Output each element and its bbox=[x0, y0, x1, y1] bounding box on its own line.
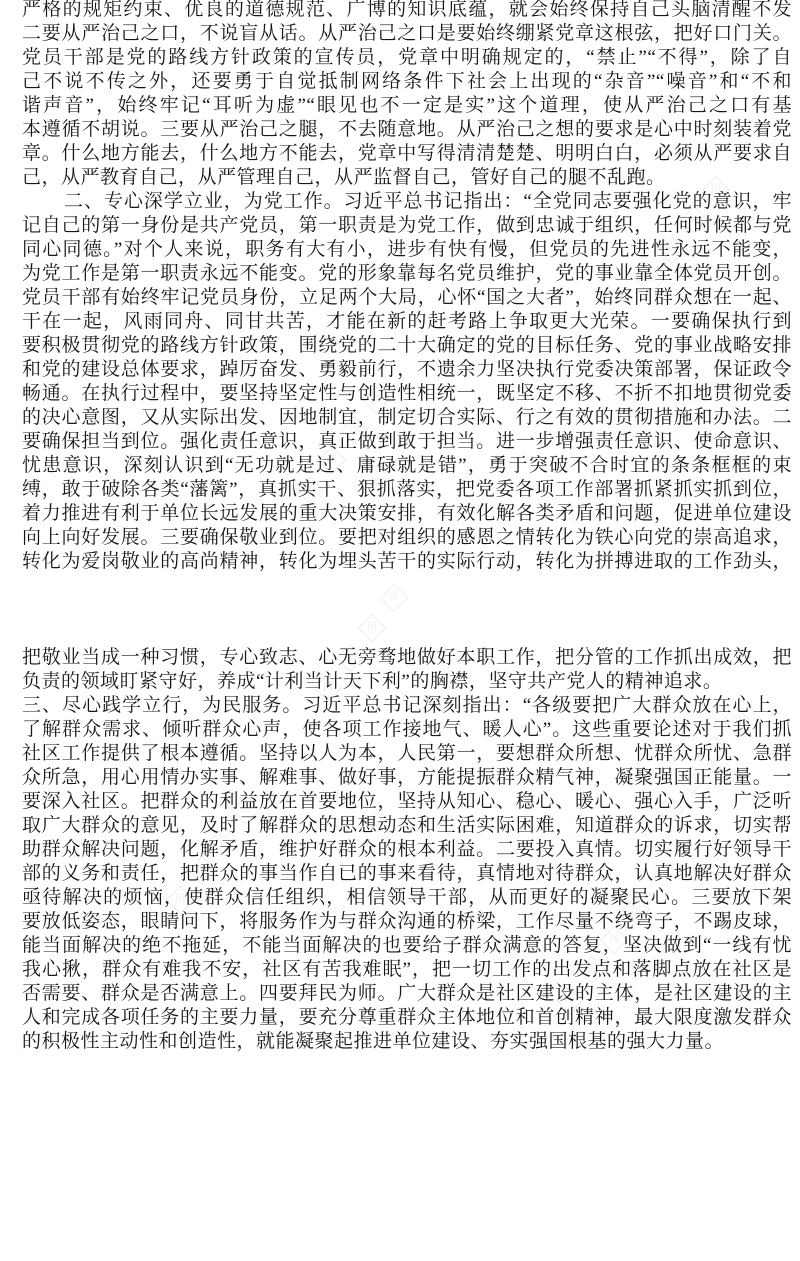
text-line: 要确保担当到位。强化责任意识，真正做到敢于担当。进一步增强责任意识、使命意识、 bbox=[22, 430, 792, 454]
text-line: 章。什么地方能去，什么地方不能去，党章中写得清清楚楚、明明白白，必须从严要求自 bbox=[22, 142, 792, 166]
text-line: 二要从严治己之口，不说盲从话。从严治己之口是要始终绷紧党章这根弦，把好口门关。 bbox=[22, 22, 792, 46]
text-block-upper: 严格的规矩约束、优良的道德规范、广博的知识底蕴，就会始终保持自己头脑清醒不发热。… bbox=[22, 0, 792, 574]
text-line: 否需要、群众是否满意上。四要拜民为师。广大群众是社区建设的主体，是社区建设的主 bbox=[22, 982, 792, 1006]
text-line: 忧患意识，深刻认识到“无功就是过、庸碌就是错”，勇于突破不合时宜的条条框框的束 bbox=[22, 454, 792, 478]
text-line: 把敬业当成一种习惯，专心致志、心无旁骛地做好本职工作，把分管的工作抓出成效，把 bbox=[22, 646, 792, 670]
text-line: 的积极性主动性和创造性，就能凝聚起推进单位建设、夯实强国根基的强大力量。 bbox=[22, 1030, 792, 1054]
text-line: 严格的规矩约束、优良的道德规范、广博的知识底蕴，就会始终保持自己头脑清醒不发热。 bbox=[22, 0, 792, 22]
text-line: 能当面解决的绝不拖延，不能当面解决的也要给子群众满意的答复，坚决做到“一线有忧 bbox=[22, 934, 792, 958]
text-line: 取广大群众的意见，及时了解群众的思想动态和生活实际困难，知道群众的诉求，切实帮 bbox=[22, 814, 792, 838]
text-line: 转化为爱岗敬业的高尚精神，转化为埋头苦干的实际行动，转化为拼搏进取的工作劲头， bbox=[22, 550, 792, 574]
text-line: 着力推进有利于单位长远发展的重大决策安排，有效化解各类矛盾和问题，促进单位建设 bbox=[22, 502, 792, 526]
text-line: 我心揪，群众有难我不安，社区有苦我难眠”，把一切工作的出发点和落脚点放在社区是 bbox=[22, 958, 792, 982]
text-line: 要放低姿态，眼睛问下，将服务作为与群众沟通的桥梁，工作尽量不绕弯子，不踢皮球， bbox=[22, 910, 792, 934]
text-line: 众所急，用心用情办实事、解难事、做好事，方能提振群众精气神，凝聚强国正能量。一 bbox=[22, 766, 792, 790]
text-line: 党员干部有始终牢记党员身份，立足两个大局，心怀“国之大者”，始终同群众想在一起、 bbox=[22, 286, 792, 310]
text-line: 助群众解决问题，化解矛盾，维护好群众的根本利益。二要投入真情。切实履行好领导干 bbox=[22, 838, 792, 862]
text-line: 己，从严教育自己，从严管理自己，从严监督自己，管好自己的腿不乱跑。 bbox=[22, 166, 792, 190]
document-page: 图 图 图 图 图 图 图 图 图 图 图 图 图 图 图 图 图 图 图 图 bbox=[0, 0, 800, 1261]
text-line: 的决心意图，又从实际出发、因地制宜，制定切合实际、行之有效的贯彻措施和办法。二 bbox=[22, 406, 792, 430]
text-line: 和党的建设总体要求，踔厉奋发、勇毅前行，不遗余力坚决执行党委决策部署，保证政令 bbox=[22, 358, 792, 382]
watermark-diamond-icon: 图 bbox=[380, 584, 408, 612]
text-line: 人和完成各项任务的主要力量，要充分尊重群众主体地位和首创精神，最大限度激发群众 bbox=[22, 1006, 792, 1030]
text-line: 己不说不传之外，还要勇于自觉抵制网络条件下社会上出现的“杂音”“噪音”和“不和 bbox=[22, 70, 792, 94]
text-line: 缚，敢于破除各类“藩篱”，真抓实干、狠抓落实，把党委各项工作部署抓紧抓实抓到位， bbox=[22, 478, 792, 502]
text-line: 党员干部是党的路线方针政策的宣传员，党章中明确规定的，“禁止”“不得”，除了自 bbox=[22, 46, 792, 70]
watermark-glyph: 图 bbox=[389, 593, 399, 603]
text-line: 谐声音”，始终牢记“耳听为虚”“眼见也不一定是实”这个道理，使从严治己之口有基 bbox=[22, 94, 792, 118]
watermark-glyph: 图 bbox=[367, 623, 377, 633]
text-line: 部的义务和责任，把群众的事当作自已的事来看待，真情地对待群众，认真地解决好群众 bbox=[22, 862, 792, 886]
text-line: 为党工作是第一职责永远不能变。党的形象靠每名党员维护，党的事业靠全体党员开创。 bbox=[22, 262, 792, 286]
text-line: 社区工作提供了根本遵循。坚持以人为本，人民第一，要想群众所想、忧群众所忧、急群 bbox=[22, 742, 792, 766]
text-line: 同心同德。”对个人来说，职务有大有小，进步有快有慢，但党员的先进性永远不能变， bbox=[22, 238, 792, 262]
text-line: 干在一起，风雨同舟、同甘共苦，才能在新的赶考路上争取更大光荣。一要确保执行到位。 bbox=[22, 310, 792, 334]
text-block-lower: 把敬业当成一种习惯，专心致志、心无旁骛地做好本职工作，把分管的工作抓出成效，把负… bbox=[22, 646, 792, 1054]
text-line: 亟待解决的烦恼，使群众信任组织，相信领导干部，从而更好的凝聚民心。三要放下架子。 bbox=[22, 886, 792, 910]
text-line: 要深入社区。把群众的利益放在首要地位，坚持从知心、稳心、暖心、强心入手，广泛听 bbox=[22, 790, 792, 814]
text-line: 了解群众需求、倾听群众心声，使各项工作接地气、暖人心”。这些重要论述对于我们抓 bbox=[22, 718, 792, 742]
text-line: 要积极贯彻党的路线方针政策，围绕党的二十大确定的党的目标任务、党的事业战略安排 bbox=[22, 334, 792, 358]
text-line: 本遵循不胡说。三要从严治己之腿，不去随意地。从严治己之想的要求是心中时刻装着党 bbox=[22, 118, 792, 142]
watermark-diamond-icon: 图 bbox=[358, 614, 386, 642]
text-line: 三、尽心践学立行，为民服务。习近平总书记深刻指出：“各级要把广大群众放在心上， bbox=[22, 694, 792, 718]
text-line: 二、专心深学立业，为党工作。习近平总书记指出：“全党同志要强化党的意识，牢 bbox=[22, 190, 792, 214]
text-line: 记自己的第一身份是共产党员，第一职责是为党工作，做到忠诚于组织，任何时候都与党 bbox=[22, 214, 792, 238]
text-line: 负责的领域盯紧守好，养成“计利当计天下利”的胸襟，坚守共产党人的精神追求。 bbox=[22, 670, 792, 694]
text-line: 向上向好发展。三要确保敬业到位。要把对组织的感恩之情转化为铁心向党的崇高追求， bbox=[22, 526, 792, 550]
text-line: 畅通。在执行过程中，要坚持坚定性与创造性相统一，既坚定不移、不折不扣地贯彻党委 bbox=[22, 382, 792, 406]
